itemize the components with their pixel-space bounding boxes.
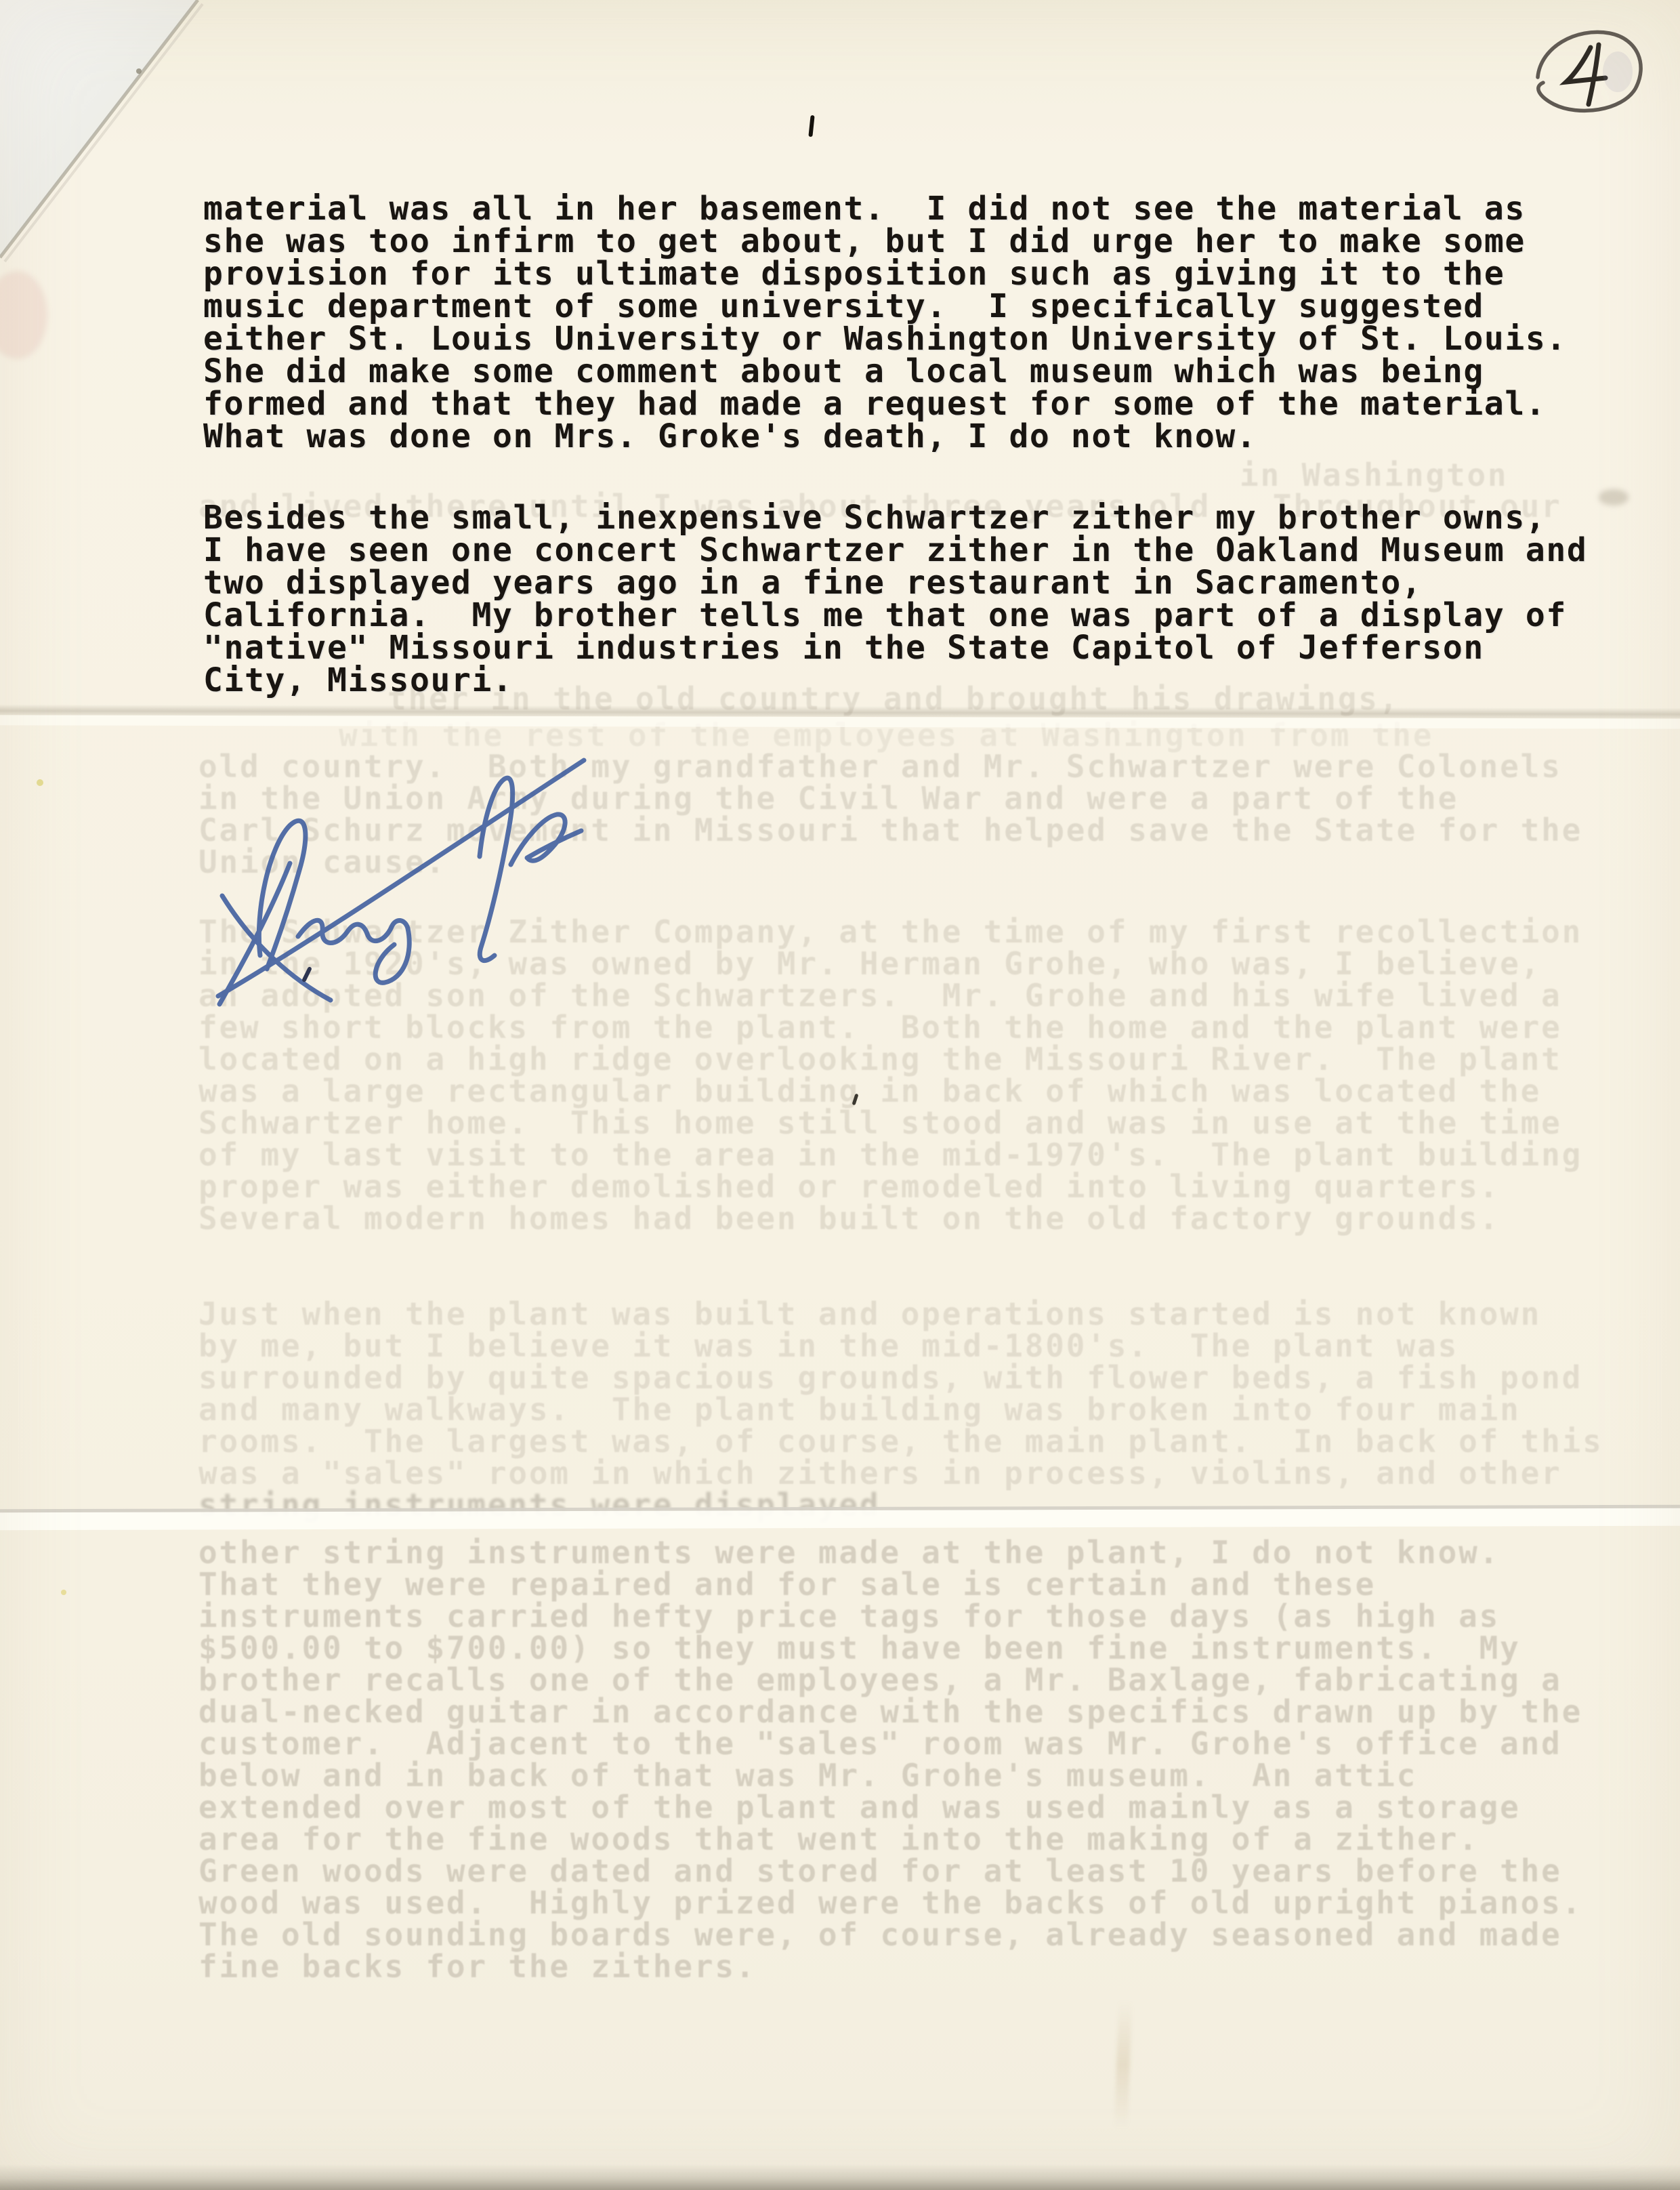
signature-tall-stem: [480, 778, 513, 961]
text-line: customer. Adjacent to the "sales" room w…: [198, 1728, 1582, 1760]
text-line: music department of some university. I s…: [203, 290, 1567, 323]
text-line: California. My brother tells me that one…: [203, 599, 1587, 632]
text-line: and many walkways. The plant building wa…: [198, 1394, 1603, 1426]
text-line: "native" Missouri industries in the Stat…: [203, 632, 1587, 664]
letter-page: in Washington and lived there until I wa…: [0, 0, 1680, 2190]
text-line: located on a high ridge overlooking the …: [198, 1044, 1582, 1075]
text-line: Just when the plant was built and operat…: [198, 1298, 1603, 1330]
dirt-smudge: [1599, 489, 1629, 505]
text-line: formed and that they had made a request …: [203, 388, 1567, 420]
pencil-smudge: [1603, 51, 1633, 92]
yellow-speck: [61, 1590, 66, 1595]
text-line: rooms. The largest was, of course, the m…: [198, 1426, 1603, 1458]
horizontal-fold-crease: [0, 1505, 1680, 1530]
text-line: two displayed years ago in a fine restau…: [203, 566, 1587, 599]
text-line: area for the fine woods that went into t…: [198, 1823, 1582, 1855]
text-line: wood was used. Highly prized were the ba…: [198, 1887, 1582, 1919]
stray-ink-tick: [808, 115, 814, 137]
text-line: extended over most of the plant and was …: [198, 1792, 1582, 1823]
paper-bottom-edge-shadow: [0, 2164, 1680, 2190]
signature-tail-stroke: [527, 831, 581, 858]
text-line: below and in back of that was Mr. Grohe'…: [198, 1760, 1582, 1792]
text-line: was a large rectangular building in back…: [198, 1075, 1582, 1107]
page-number-circled: [1523, 19, 1658, 124]
text-line: I have seen one concert Schwartzer zithe…: [203, 534, 1587, 566]
scanned-document: { "page": { "number_label": "4", "paper_…: [0, 0, 1680, 2190]
text-line: Several modern homes had been built on t…: [198, 1203, 1582, 1235]
text-line: fine backs for the zithers.: [198, 1951, 1582, 1983]
text-line: Green woods were dated and stored for at…: [198, 1855, 1582, 1887]
text-line: instruments carried hefty price tags for…: [198, 1600, 1582, 1632]
text-line: That they were repaired and for sale is …: [198, 1569, 1582, 1600]
typed-paragraph-1: material was all in her basement. I did …: [203, 192, 1567, 453]
text-line: $500.00 to $700.00) so they must have be…: [198, 1632, 1582, 1664]
ghost-paragraph-d: Just when the plant was built and operat…: [198, 1298, 1603, 1489]
text-line: surrounded by quite spacious grounds, wi…: [198, 1362, 1603, 1394]
fold-pinhole: [136, 68, 142, 74]
text-line: few short blocks from the plant. Both th…: [198, 1012, 1582, 1044]
page-number-drawing: [1523, 19, 1658, 124]
typed-paragraph-2: Besides the small, inexpensive Schwartze…: [203, 501, 1587, 697]
yellow-speck: [37, 779, 43, 786]
text-line: material was all in her basement. I did …: [203, 192, 1567, 225]
ghost-text-fragment: in Washington: [1240, 459, 1508, 491]
text-line: Besides the small, inexpensive Schwartze…: [203, 501, 1587, 534]
ghost-paragraph-e: other string instruments were made at th…: [198, 1537, 1582, 1983]
text-line: She did make some comment about a local …: [203, 355, 1567, 388]
text-line: she was too infirm to get about, but I d…: [203, 225, 1567, 257]
text-line: City, Missouri.: [203, 664, 1587, 697]
text-line: Schwartzer home. This home still stood a…: [198, 1107, 1582, 1139]
signature: [210, 730, 589, 1010]
text-line: proper was either demolished or remodele…: [198, 1171, 1582, 1203]
text-line: provision for its ultimate disposition s…: [203, 257, 1567, 290]
text-line: What was done on Mrs. Groke's death, I d…: [203, 420, 1567, 453]
text-line: brother recalls one of the employees, a …: [198, 1664, 1582, 1696]
text-line: dual-necked guitar in accordance with th…: [198, 1696, 1582, 1728]
signature-drawing: [210, 730, 589, 1010]
digit-4-stem: [1589, 45, 1599, 104]
stain-streak: [1114, 2000, 1133, 2130]
text-line: either St. Louis University or Washingto…: [203, 323, 1567, 355]
text-line: other string instruments were made at th…: [198, 1537, 1582, 1569]
signature-descender-loop: [375, 928, 409, 983]
folded-corner: [0, 0, 230, 291]
text-line: by me, but I believe it was in the mid-1…: [198, 1330, 1603, 1362]
text-line: was a "sales" room in which zithers in p…: [198, 1458, 1603, 1489]
text-line: of my last visit to the area in the mid-…: [198, 1139, 1582, 1171]
text-line: The old sounding boards were, of course,…: [198, 1919, 1582, 1951]
